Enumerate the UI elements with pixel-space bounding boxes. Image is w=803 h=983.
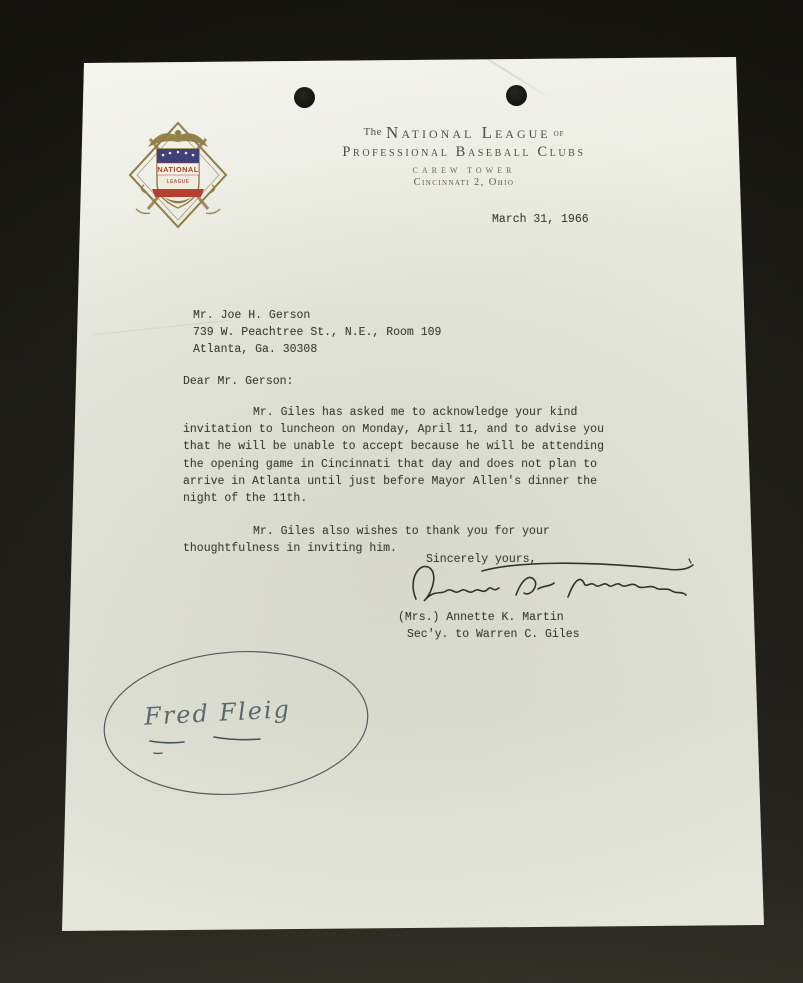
letterhead-building: CAREW TOWER — [202, 166, 726, 175]
org-name-prefix: The — [363, 126, 382, 138]
paper-crease — [458, 40, 552, 100]
org-name-line-2: Professional Baseball Clubs — [202, 144, 726, 161]
letterhead-city: Cincinnati 2, Ohio — [202, 177, 726, 188]
logo-banner-text: NATIONAL — [157, 165, 198, 174]
org-name-suffix: of — [554, 128, 565, 139]
letter-body: Mr. Giles has asked me to acknowledge yo… — [183, 404, 621, 574]
letter-paper: NATIONAL LEAGUE TheNational Leagueof Pro… — [62, 57, 764, 931]
punch-hole-icon — [294, 87, 315, 108]
handwritten-circle-icon — [96, 641, 396, 816]
org-name-main: National League — [386, 123, 551, 142]
letterhead: TheNational Leagueof Professional Baseba… — [202, 123, 726, 188]
signed-title: Sec'y. to Warren C. Giles — [398, 626, 580, 643]
recipient-name: Mr. Joe H. Gerson — [193, 307, 441, 324]
signed-name: (Mrs.) Annette K. Martin — [398, 609, 580, 626]
signature-script — [398, 555, 698, 617]
signature-block: (Mrs.) Annette K. Martin Sec'y. to Warre… — [398, 609, 580, 643]
body-paragraph: Mr. Giles has asked me to acknowledge yo… — [183, 404, 621, 507]
letter-date: March 31, 1966 — [492, 211, 589, 228]
photo-background: NATIONAL LEAGUE TheNational Leagueof Pro… — [0, 0, 803, 983]
body-paragraph: Mr. Giles also wishes to thank you for y… — [183, 523, 621, 557]
signature-name-hidden: Annette K. Martin — [62, 57, 63, 58]
salutation: Dear Mr. Gerson: — [183, 373, 293, 390]
logo-banner-text-2: LEAGUE — [167, 179, 190, 185]
recipient-address: Mr. Joe H. Gerson 739 W. Peachtree St., … — [193, 307, 441, 359]
recipient-city: Atlanta, Ga. 30308 — [193, 341, 441, 358]
recipient-street: 739 W. Peachtree St., N.E., Room 109 — [193, 324, 441, 341]
punch-hole-icon — [506, 85, 527, 106]
org-name-line-1: TheNational Leagueof — [202, 123, 726, 143]
